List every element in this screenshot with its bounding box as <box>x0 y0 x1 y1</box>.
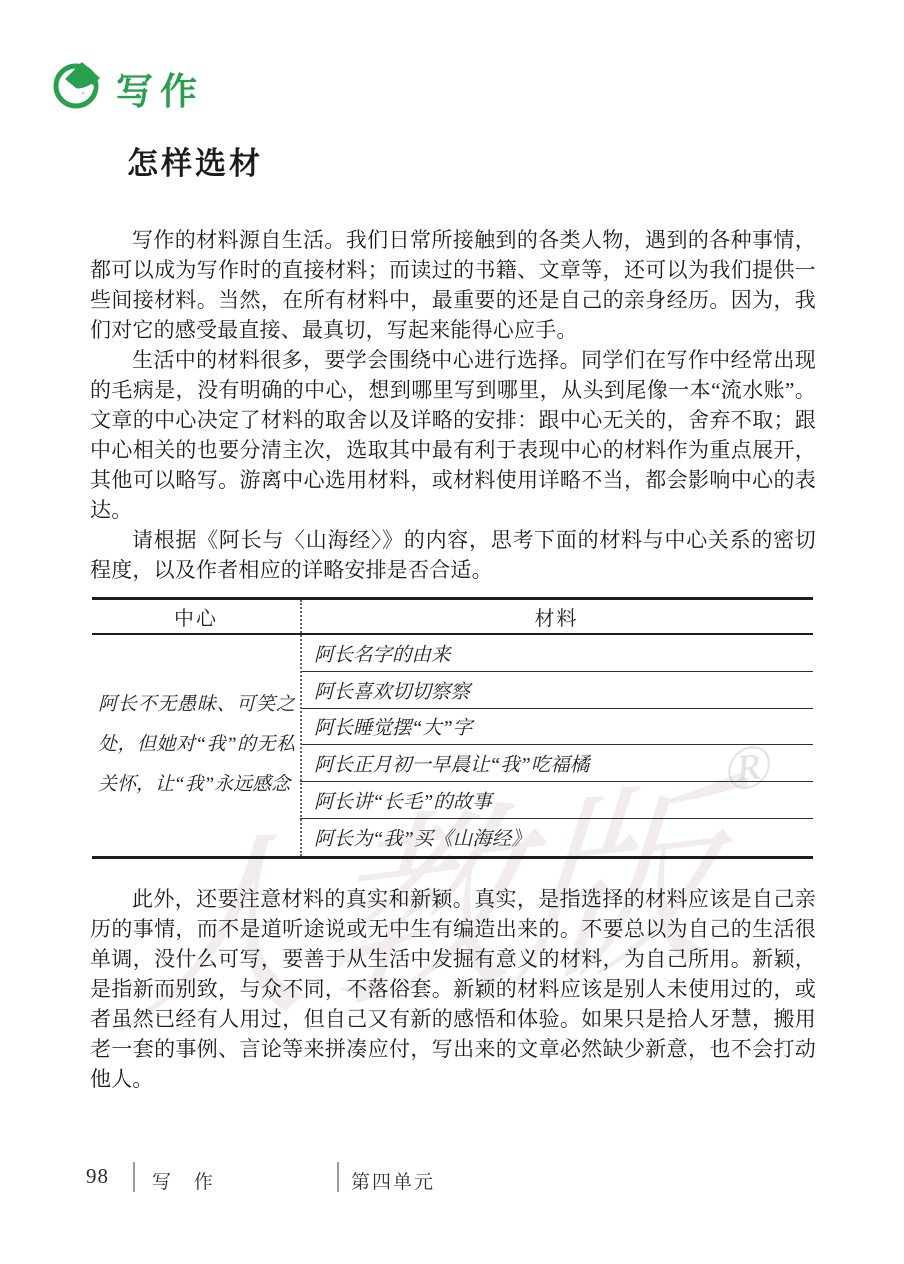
paragraph-authentic-and-novel: 此外，还要注意材料的真实和新颖。真实，是指选择的材料应该是自己亲历的事情，而不是… <box>90 884 816 1094</box>
paragraph-task-instruction: 请根据《阿长与〈山海经〉》的内容，思考下面的材料与中心关系的密切程度，以及作者相… <box>90 525 816 585</box>
table-material-rows: 阿长名字的由来 阿长喜欢切切察察 阿长睡觉摆“大”字 阿长正月初一早晨让“我”吃… <box>300 635 813 856</box>
paragraph-material-sources: 写作的材料源自生活。我们日常所接触到的各类人物，遇到的各种事情，都可以成为写作时… <box>90 225 816 345</box>
table-row: 阿长名字的由来 <box>300 635 813 672</box>
main-content: 写作的材料源自生活。我们日常所接触到的各类人物，遇到的各种事情，都可以成为写作时… <box>90 225 816 585</box>
footer-divider <box>133 1162 135 1192</box>
table-row: 阿长为“我”买《山海经》 <box>300 819 813 856</box>
page-title: 怎样选材 <box>127 138 263 183</box>
table-header-center: 中心 <box>92 600 300 633</box>
table-row: 阿长睡觉摆“大”字 <box>300 709 813 746</box>
footer-divider <box>337 1162 339 1192</box>
table-row: 阿长正月初一早晨让“我”吃福橘 <box>300 745 813 782</box>
table-header-material: 材料 <box>300 600 813 633</box>
section-label: 写作 <box>116 61 204 115</box>
materials-table: 中心 材料 阿长不无愚昧、可笑之处，但她对“我”的无私关怀，让“我”永远感念 阿… <box>92 597 813 859</box>
page-footer: 98 写 作 第四单元 <box>0 1162 904 1194</box>
writing-section-icon <box>52 60 102 115</box>
page-number: 98 <box>86 1164 109 1189</box>
footer-unit-label: 第四单元 <box>351 1167 435 1194</box>
table-row: 阿长讲“长毛”的故事 <box>300 782 813 819</box>
paragraph-select-around-center: 生活中的材料很多，要学会围绕中心进行选择。同学们在写作中经常出现的毛病是，没有明… <box>90 345 816 525</box>
textbook-page: { "header": { "section_label": "写作" }, "… <box>0 0 904 1264</box>
table-center-cell: 阿长不无愚昧、可笑之处，但她对“我”的无私关怀，让“我”永远感念 <box>92 635 300 856</box>
section-header: 写作 <box>52 60 204 115</box>
table-body: 阿长不无愚昧、可笑之处，但她对“我”的无私关怀，让“我”永远感念 阿长名字的由来… <box>92 635 813 856</box>
table-row: 阿长喜欢切切察察 <box>300 672 813 709</box>
footer-section-label: 写 作 <box>152 1167 222 1194</box>
table-header-row: 中心 材料 <box>92 600 813 635</box>
table-column-divider <box>300 600 302 856</box>
